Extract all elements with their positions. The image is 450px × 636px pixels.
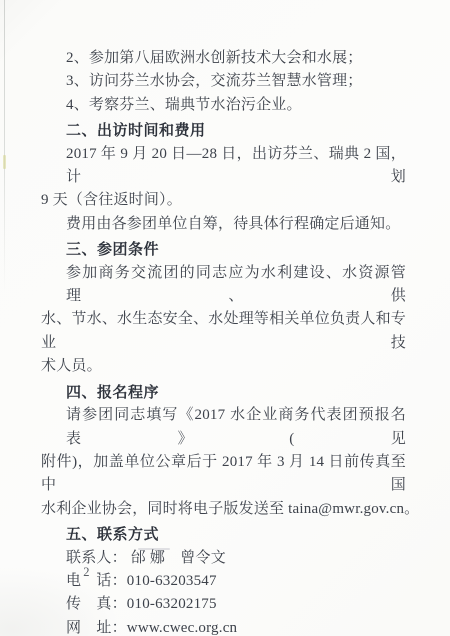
body-line-travel-dates: 2017 年 9 月 20 日—28 日，出访芬兰、瑞典 2 国，计划 <box>41 143 406 190</box>
body-line-registration-3: 水利企业协会，同时将电子版发送至 taina@mwr.gov.cn。 <box>41 498 406 521</box>
list-item-2: 2、参加第八届欧洲水创新技术大会和水展； <box>41 47 406 70</box>
section-heading-contact: 五、联系方式 <box>41 523 406 546</box>
scan-edge-artifact <box>4 0 5 292</box>
section-heading-conditions: 三、参团条件 <box>41 238 406 261</box>
body-line-cost: 费用由各参团单位自筹，待具体行程确定后通知。 <box>41 213 406 236</box>
body-line-conditions-1: 参加商务交流团的同志应为水利建设、水资源管理、供 <box>41 262 406 309</box>
section-heading-registration: 四、报名程序 <box>41 381 406 404</box>
body-line-conditions-3: 术人员。 <box>41 355 406 378</box>
document-body: 2、参加第八届欧洲水创新技术大会和水展； 3、访问芬兰水协会，交流芬兰智慧水管理… <box>41 47 406 636</box>
body-line-conditions-2: 水、节水、水生态安全、水处理等相关单位负责人和专业技 <box>41 308 406 355</box>
body-line-registration-2: 附件)，加盖单位公章后于 2017 年 3 月 14 日前传真至中国 <box>41 451 406 498</box>
contact-website-line: 网 址：www.cwec.org.cn <box>41 617 406 636</box>
contact-fax-line: 传 真：010-63202175 <box>41 593 406 616</box>
body-line-duration: 9 天（含往返时间）。 <box>41 189 406 212</box>
section-heading-time-and-cost: 二、出访时间和费用 <box>41 119 406 142</box>
scan-edge-tick-artifact <box>3 155 6 169</box>
page-number: - 2 - <box>72 565 103 580</box>
list-item-3: 3、访问芬兰水协会，交流芬兰智慧水管理； <box>41 70 406 93</box>
document-page: 2、参加第八届欧洲水创新技术大会和水展； 3、访问芬兰水协会，交流芬兰智慧水管理… <box>0 0 450 636</box>
list-item-4: 4、考察芬兰、瑞典节水治污企业。 <box>41 94 406 117</box>
body-line-registration-1: 请参团同志填写《2017 水企业商务代表团预报名表》(见 <box>41 404 406 451</box>
